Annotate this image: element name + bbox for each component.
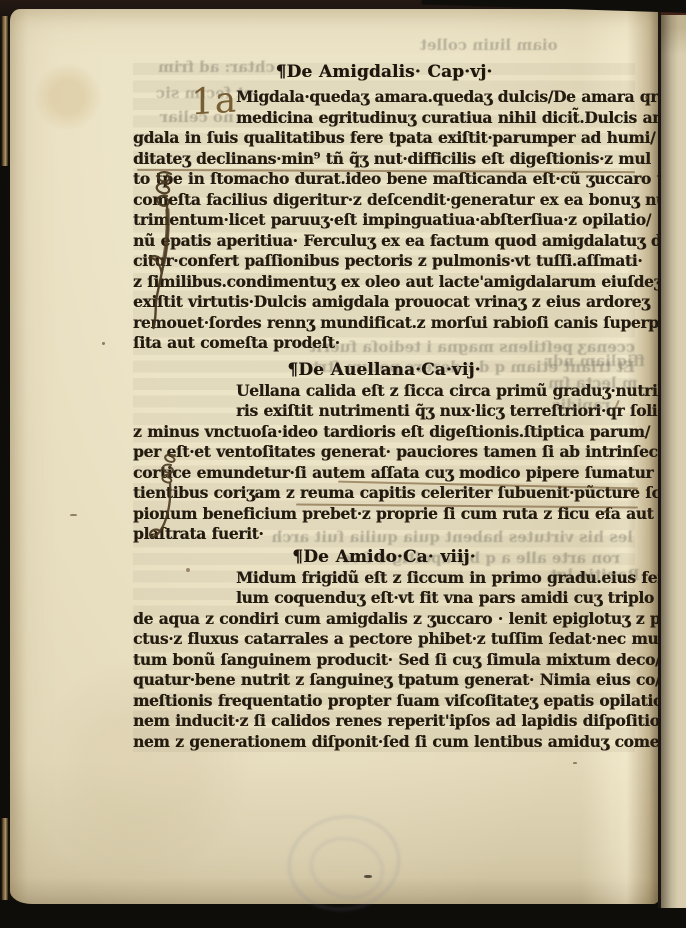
text-line: z minus vnctuoſa·ideo tardioris eſt dige… <box>133 422 635 443</box>
paper-speck <box>102 342 105 345</box>
text-line: gdala in ſuis qualitatibus fere tpata ex… <box>133 128 635 149</box>
text-line: plaſtrata fuerit· <box>133 524 635 545</box>
facing-page-edge <box>661 15 686 908</box>
text-line: exiſtit virtutis·Dulcis amigdala prouoca… <box>133 292 635 313</box>
pen-flourish-icon <box>140 168 182 340</box>
book-photo: oiam liuin collet chtar: ad frim et feci… <box>0 0 686 928</box>
showthrough-text: oiam liuin collet <box>420 36 558 56</box>
text-line: citur·confert paſſionibus pectoris z pul… <box>133 251 635 272</box>
text-line: nũ epatis aperitiua· Ferculuʒ ex ea fact… <box>133 231 635 252</box>
margin-mark <box>186 568 190 572</box>
handwritten-annotation: 1a <box>191 82 237 121</box>
chapter-heading-amido: ¶De Amido·Ca· viij· <box>133 547 635 568</box>
text-line: ctus·z fluxus catarrales a pectore phibe… <box>133 629 635 650</box>
paper-speck <box>70 514 77 516</box>
pen-flourish-icon <box>146 450 182 562</box>
text-line: ſita aut comeſta prodeſt· <box>133 333 635 354</box>
text-line: nem z generationem diſponit·ſed ſi cum l… <box>133 732 635 753</box>
text-line: tum bonũ ſanguinem producit· Sed ſi cuʒ … <box>133 650 635 671</box>
text-line: Uellana calida eſt z ſicca circa primũ g… <box>133 381 635 402</box>
text-line: z ſimilibus.condimentuʒ ex oleo aut lact… <box>133 272 635 293</box>
paper-speck <box>364 875 372 878</box>
text-line: per eſt·et ventoſitates generat· paucior… <box>133 442 635 463</box>
text-line: nem inducit·z ſi calidos renes reperit'i… <box>133 711 635 732</box>
text-line: comeſta facilius digeritur·z deſcendit·g… <box>133 190 635 211</box>
text-block: ¶De Amigdalis· Cap·vj· Migdala·quedaʒ am… <box>133 60 635 752</box>
text-line: Midum frigidũ eſt z ſiccum in primo grad… <box>133 568 635 589</box>
paper-speck <box>573 762 577 764</box>
text-line: meſtionis frequentatio propter ſuam viſc… <box>133 691 635 712</box>
paper-speck <box>602 511 611 513</box>
text-line: cortice emundetur·ſi autem aſſata cuʒ mo… <box>133 463 635 484</box>
text-line: quatur·bene nutrit z ſanguineʒ tpatum ge… <box>133 670 635 691</box>
text-line: remouet·ſordes rennʒ mundificat.z morſui… <box>133 313 635 334</box>
text-line: ris exiſtit nutrimenti q̃ʒ nux·licʒ terr… <box>133 401 635 422</box>
text-line: ditateʒ declinans·min⁹ tñ q̃ʒ nut·diffic… <box>133 149 635 170</box>
text-line: lum coquenduʒ eſt·vt fit vna pars amidi … <box>133 588 635 609</box>
text-line: trimentum·licet paruuʒ·eſt impinguatiua·… <box>133 210 635 231</box>
chapter-heading-auellana: ¶De Auellana·Ca·vij· <box>133 360 635 381</box>
text-line: de aqua z condiri cum amigdalis z ʒuccar… <box>133 609 635 630</box>
paper-speck <box>645 96 648 99</box>
